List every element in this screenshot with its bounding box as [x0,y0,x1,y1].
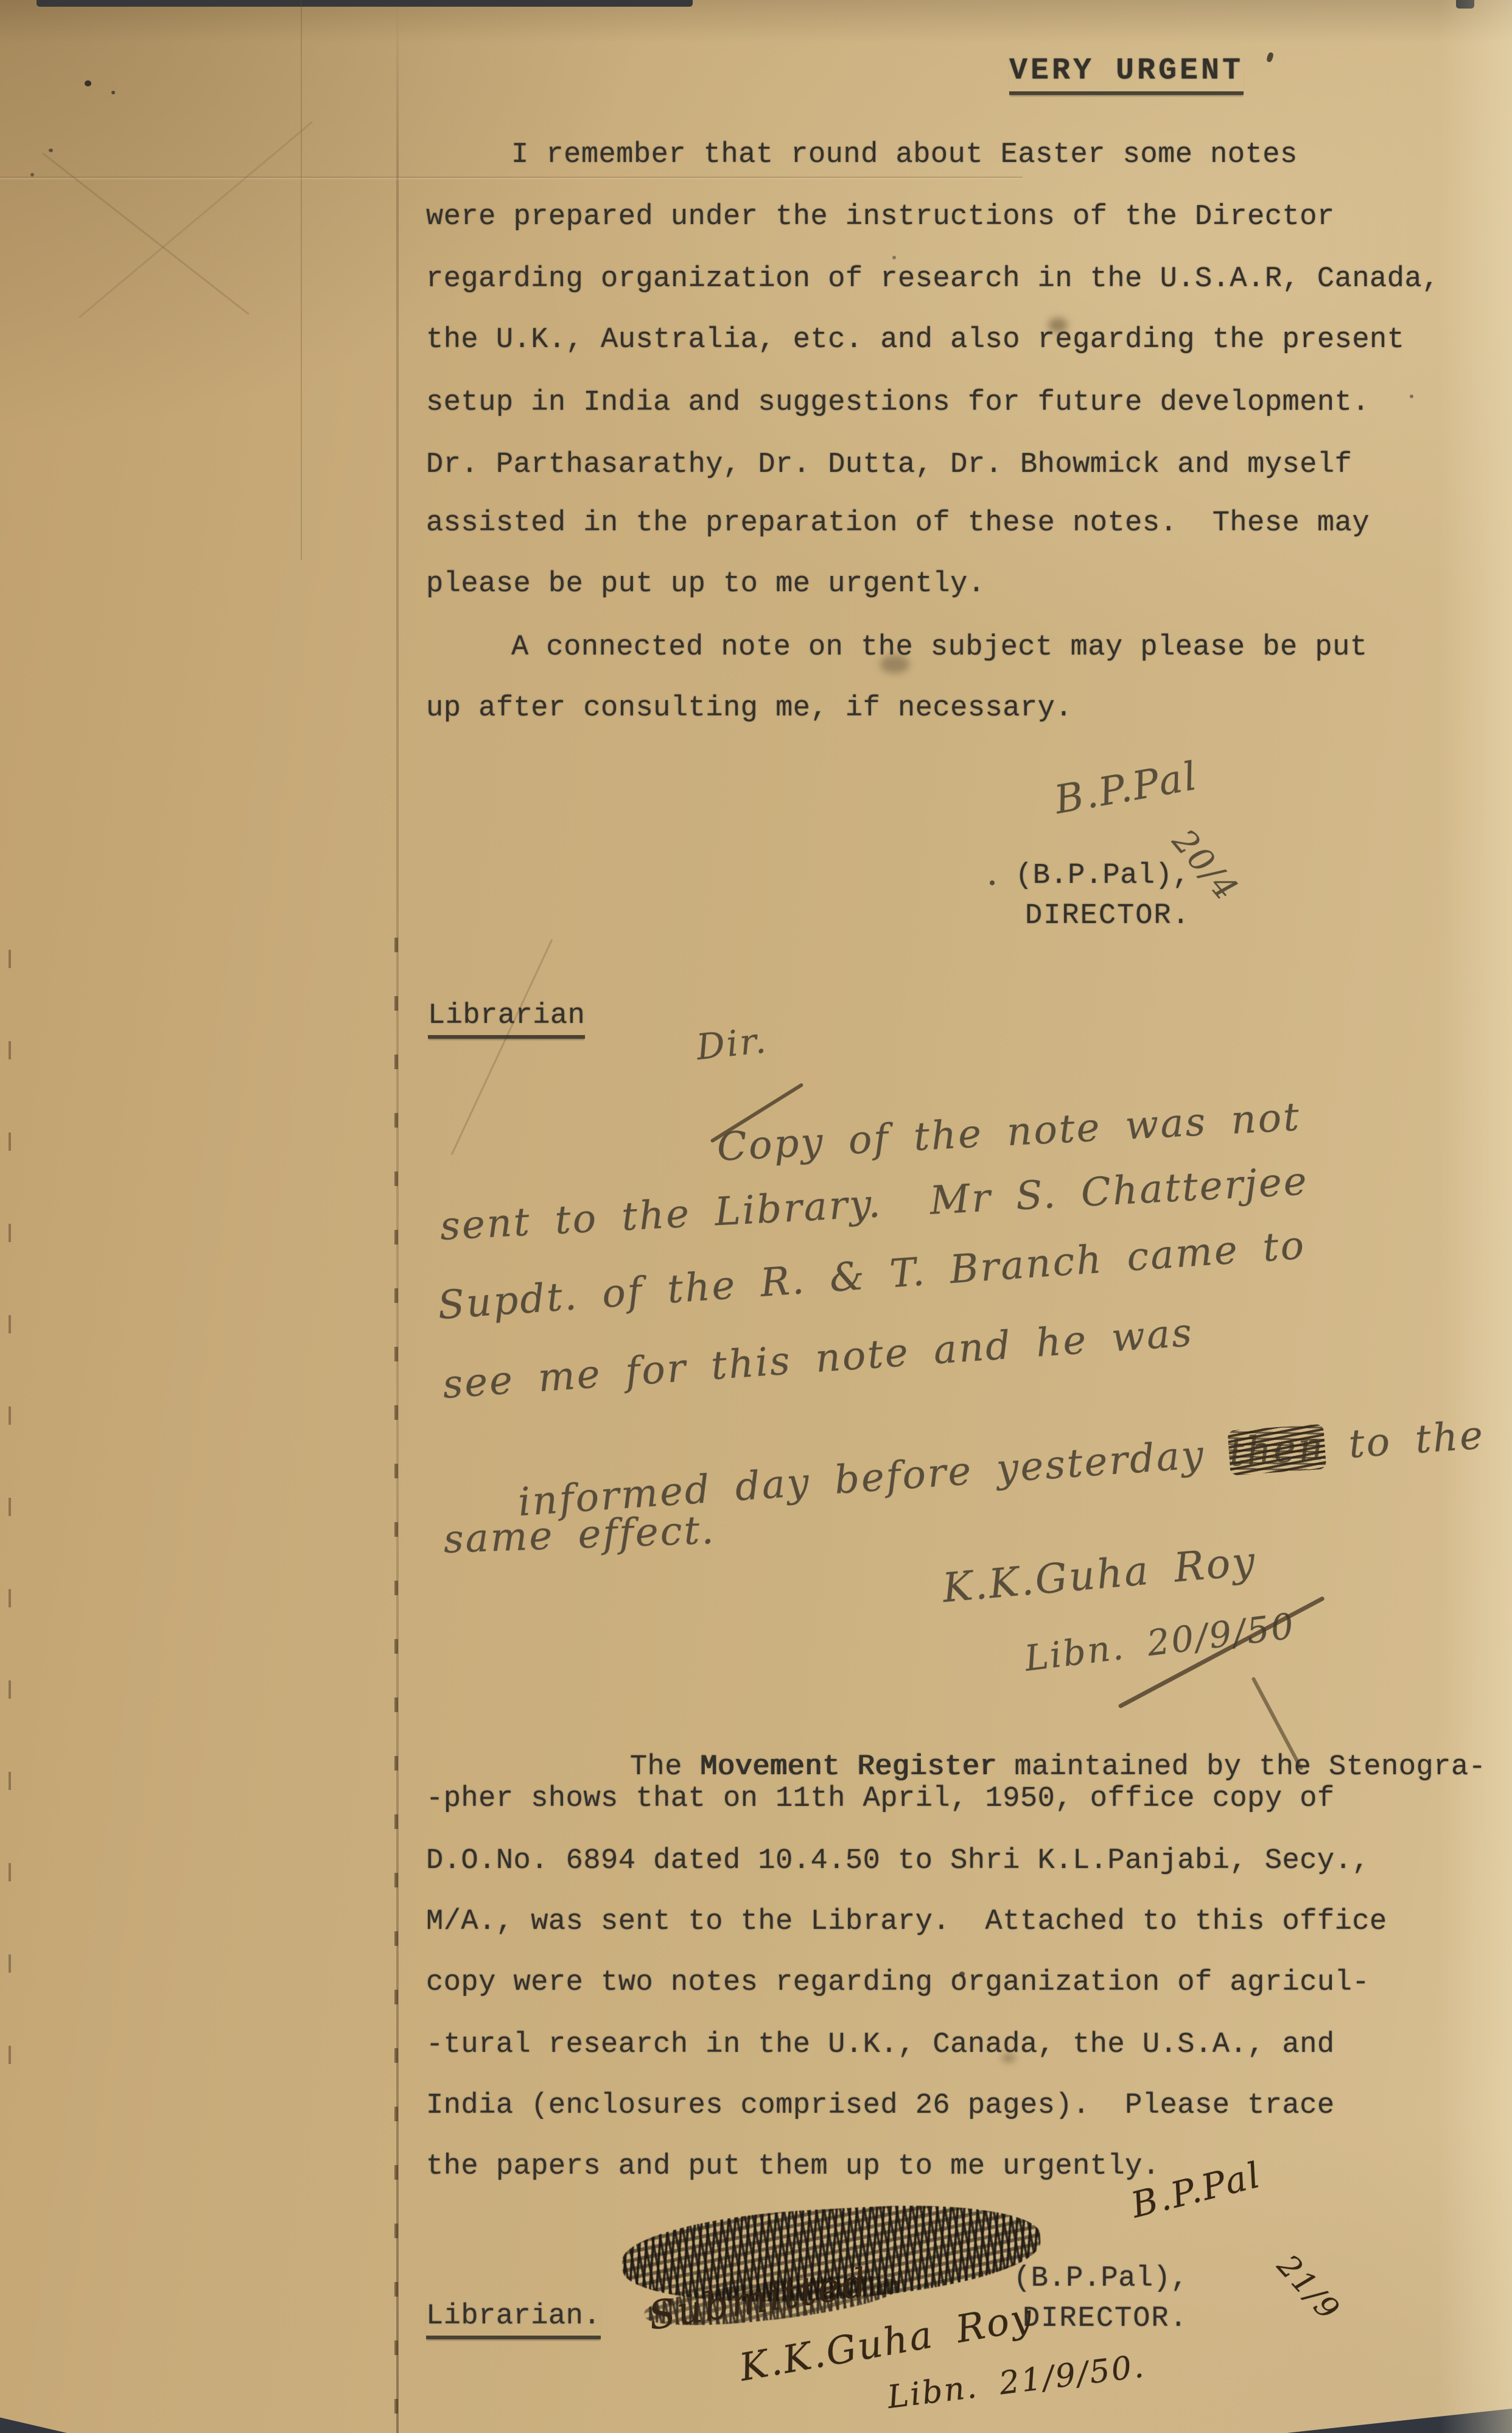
typed-line: please be put up to me urgently. [426,568,985,600]
handwritten-signature: K.K.Guha Roy [940,1537,1258,1612]
typed-line: I remember that round about Easter some … [511,139,1298,171]
typed-line: regarding organization of research in th… [426,263,1440,295]
typed-signature-name: (B.P.Pal), [1015,860,1190,892]
crease-horizontal [0,177,1023,178]
crease-left-edge [9,950,11,2107]
crease-vertical-main [396,0,399,2433]
crease-diagonal-1 [42,152,250,315]
urgency-header: VERY URGENT [1009,54,1244,95]
typed-signature-name: (B.P.Pal), [1013,2263,1188,2295]
handwritten-line: same effect. [443,1508,716,1562]
paper-speck [1410,395,1413,398]
typed-line: -tural research in the U.K., Canada, the… [426,2029,1335,2061]
typed-line: copy were two notes regarding organizati… [426,1967,1370,1999]
typed-line: the U.K., Australia, etc. and also regar… [426,324,1404,356]
typed-segment: maintained by the Stenogra- [997,1751,1486,1783]
typed-line: the papers and put them up to me urgentl… [426,2150,1160,2183]
typed-line: assisted in the preparation of these not… [426,507,1370,539]
handwritten-date: Libn. 20/9/50 [1023,1605,1298,1679]
handwritten-segment: to the [1323,1413,1486,1469]
handwritten-tick [1266,52,1275,63]
crease-diagonal-2 [79,121,313,318]
typed-line: A connected note on the subject may plea… [511,631,1368,664]
crease-diagonal-3 [451,939,553,1155]
handwritten-signature: B.P.Pal [1051,754,1202,823]
handwritten-line: see me for this note and he was [441,1310,1195,1408]
typed-segment: The [630,1751,700,1783]
crease-vertical-upper [301,0,302,560]
stray-dot [990,880,995,885]
typed-line: M/A., was sent to the Library. Attached … [426,1906,1387,1938]
librarian-heading: Librarian [428,1000,585,1039]
handwritten-date: Libn. 21/9/50. [886,2348,1147,2416]
paper-speck [111,91,115,94]
handwritten-salutation: Dir. [695,1019,769,1068]
struck-out-word: then [1227,1424,1326,1476]
typed-line: D.O.No. 6894 dated 10.4.50 to Shri K.L.P… [426,1845,1370,1877]
document-page: VERY URGENT I remember that round about … [0,0,1512,2433]
scan-edge-bottom-left [0,2412,67,2433]
typed-signature-title: DIRECTOR. [1025,900,1191,932]
right-light-band [1439,0,1512,2433]
scan-edge-top [37,0,693,7]
paper-speck [30,173,34,177]
paper-speck [49,149,53,152]
typed-signature-title: DIRECTOR. [1023,2303,1188,2335]
handwritten-date: 21/9 [1270,2248,1347,2328]
handwritten-line: Copy of the note was not [716,1095,1302,1170]
scan-edge-top-right [1456,0,1474,9]
paper-speck [892,256,896,259]
crease-stitch-marks [394,938,398,2433]
typed-line: setup in India and suggestions for futur… [426,387,1370,419]
typed-line: up after consulting me, if necessary. [426,692,1073,725]
typed-line: -pher shows that on 11th April, 1950, of… [426,1783,1335,1815]
typed-line: Dr. Parthasarathy, Dr. Dutta, Dr. Bhowmi… [426,449,1352,481]
typed-line: were prepared under the instructions of … [426,201,1335,233]
librarian-footer: Librarian. [426,2300,601,2339]
paper-speck [85,80,91,86]
typed-line: India (enclosures comprised 26 pages). P… [426,2090,1335,2122]
typed-segment-overstruck: Movement Register [700,1751,997,1783]
scan-edge-bottom-right [1287,2409,1512,2433]
